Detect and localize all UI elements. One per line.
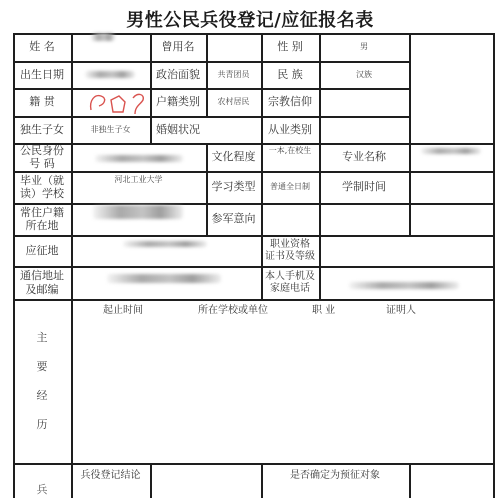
major-label: 专业名称	[319, 143, 409, 171]
birth-date-field[interactable]	[71, 61, 150, 88]
certificate-label-line2: 证书及等级	[265, 251, 315, 263]
redacted-birth-date	[85, 71, 135, 78]
address-label: 通信地址 及邮编	[13, 266, 71, 299]
study-duration-field[interactable]	[409, 171, 493, 203]
ethnicity-value[interactable]: 汉族	[319, 61, 409, 88]
former-name-label: 曾用名	[150, 33, 206, 61]
redacted-residence	[93, 205, 183, 219]
form-title: 男性公民兵役登记/应征报名表	[0, 6, 500, 32]
enlist-intent-field[interactable]	[261, 203, 319, 235]
phone-label-line1: 本人手机及	[265, 271, 315, 283]
religion-field[interactable]	[319, 88, 409, 116]
gender-value[interactable]: 男	[319, 33, 409, 61]
address-label-line2: 及邮编	[26, 283, 59, 296]
registration-conclusion-label: 兵役登记结论	[71, 463, 150, 489]
handwriting-mark-icon	[87, 90, 151, 116]
residence-label-line1: 常住户籍	[20, 206, 64, 219]
name-label: 姓 名	[13, 33, 71, 61]
hukou-type-value[interactable]: 农村居民	[206, 88, 261, 116]
experience-entry-area[interactable]	[72, 315, 492, 461]
redacted-name	[91, 33, 115, 41]
marital-status-label: 婚姻状况	[150, 116, 206, 143]
political-status-label: 政治面貌	[150, 61, 206, 88]
religion-label: 宗教信仰	[261, 88, 319, 116]
photo-box[interactable]	[409, 33, 493, 143]
redacted-major	[421, 148, 481, 154]
hukou-type-label: 户籍类别	[150, 88, 206, 116]
id-number-label-line2: 号 码	[29, 157, 55, 170]
id-number-label: 公民身份 号 码	[13, 143, 71, 171]
experience-header-occupation: 职 业	[312, 301, 335, 316]
address-label-line1: 通信地址	[20, 269, 64, 282]
occupation-type-label: 从业类别	[261, 116, 319, 143]
only-child-value[interactable]: 非独生子女	[71, 116, 150, 143]
redacted-phone	[349, 282, 459, 289]
experience-side-char-1: 主	[37, 331, 48, 344]
experience-header-witness: 证明人	[386, 301, 416, 316]
experience-side-char-2: 要	[37, 360, 48, 373]
enlist-intent-label: 参军意向	[206, 203, 261, 235]
occupation-type-field[interactable]	[319, 116, 409, 143]
residence-label-line2: 所在地	[26, 219, 59, 232]
marital-status-field[interactable]	[206, 116, 261, 143]
education-label: 文化程度	[206, 143, 261, 171]
political-status-value[interactable]: 共青团员	[206, 61, 261, 88]
empty-cell-r7c6[interactable]	[409, 203, 493, 235]
experience-side-label: 主 要 经 历	[13, 299, 71, 463]
experience-side-char-4: 历	[37, 418, 48, 431]
certificate-label: 职业资格 证书及等级	[261, 235, 319, 266]
experience-side-char-3: 经	[37, 389, 48, 402]
pre-conscription-label: 是否确定为预征对象	[261, 463, 409, 489]
residence-label: 常住户籍 所在地	[13, 203, 71, 235]
birth-date-label: 出生日期	[13, 61, 71, 88]
military-service-side-label: 兵	[13, 480, 71, 498]
id-number-label-line1: 公民身份	[20, 144, 64, 157]
phone-label-line2: 家庭电话	[270, 283, 310, 295]
study-type-value[interactable]: 普通全日制	[261, 171, 319, 203]
id-number-field[interactable]	[71, 143, 206, 171]
phone-label: 本人手机及 家庭电话	[261, 266, 319, 299]
redacted-conscription-place	[123, 241, 207, 247]
education-value[interactable]: 一本,在校生	[261, 143, 319, 171]
school-label-line1: 毕业（就	[20, 174, 64, 187]
gender-label: 性 别	[261, 33, 319, 61]
native-place-field[interactable]	[71, 88, 150, 116]
phone-field[interactable]	[319, 266, 493, 299]
name-field[interactable]	[71, 33, 150, 61]
school-label-line2: 读）学校	[20, 187, 64, 200]
former-name-field[interactable]	[206, 33, 261, 61]
school-label: 毕业（就 读）学校	[13, 171, 71, 203]
certificate-label-line1: 职业资格	[270, 239, 310, 251]
empty-cell-r7c5[interactable]	[319, 203, 409, 235]
ethnicity-label: 民 族	[261, 61, 319, 88]
study-type-label: 学习类型	[206, 171, 261, 203]
only-child-label: 独生子女	[13, 116, 71, 143]
pre-conscription-field[interactable]	[409, 463, 493, 498]
native-place-label: 籍 贯	[13, 88, 71, 116]
experience-header-school-unit: 所在学校或单位	[198, 301, 268, 316]
registration-conclusion-field[interactable]	[150, 463, 261, 498]
conscription-place-label: 应征地	[13, 235, 71, 266]
redacted-address	[107, 274, 221, 283]
conscription-place-field[interactable]	[71, 235, 261, 266]
study-duration-label: 学制时间	[319, 171, 409, 203]
experience-header-period: 起止时间	[103, 301, 143, 316]
school-value[interactable]: 河北工业大学	[71, 171, 206, 203]
major-field[interactable]	[409, 143, 493, 171]
address-field[interactable]	[71, 266, 261, 299]
certificate-field[interactable]	[319, 235, 493, 266]
redacted-id-number	[95, 155, 183, 162]
residence-field[interactable]	[71, 203, 206, 235]
